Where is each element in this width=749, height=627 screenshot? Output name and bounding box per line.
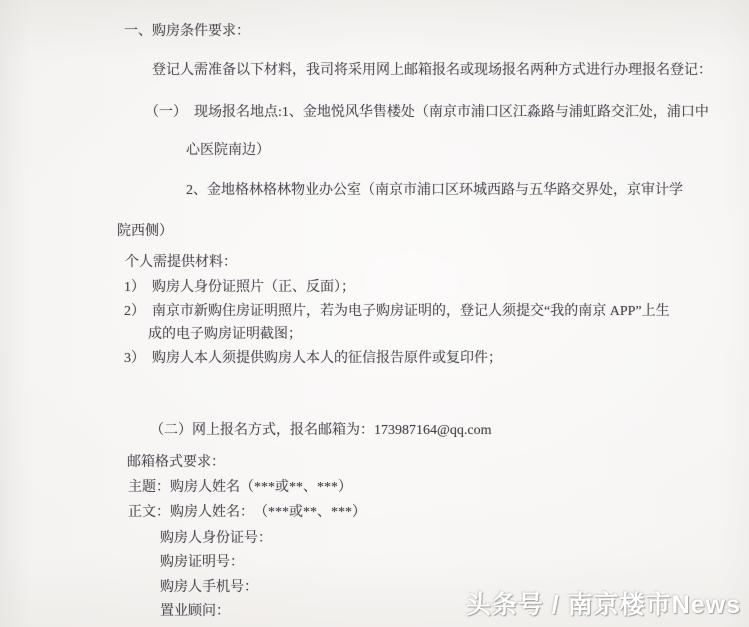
- line-online-method: （二）网上报名方式，报名邮箱为：173987164@qq.com: [150, 419, 492, 439]
- line-material-3: 3） 购房人本人须提供购房人本人的征信报告原件或复印件；: [124, 347, 502, 367]
- line-email-subject: 主题：购房人姓名（***或**、***）: [128, 476, 352, 496]
- line-material-2-cont: 成的电子购房证明截图；: [148, 323, 302, 343]
- scanned-document-page: 一、购房条件要求： 登记人需准备以下材料，我司将采用网上邮箱报名或现场报名两种方…: [0, 0, 749, 627]
- line-onsite-location-2-cont: 院西侧）: [117, 220, 173, 240]
- line-material-1: 1） 购房人身份证照片（正、反面）；: [124, 276, 355, 296]
- line-registration-intro: 登记人需准备以下材料，我司将采用网上邮箱报名或现场报名两种方式进行办理报名登记：: [152, 59, 712, 79]
- line-email-body-phone: 购房人手机号：: [160, 576, 258, 596]
- line-onsite-location-2: 2、金地格林格林物业办公室（南京市浦口区环城西路与五华路交界处，京审计学: [186, 179, 683, 199]
- line-email-body-consultant: 置业顾问：: [160, 600, 230, 620]
- line-material-2: 2） 南京市新购住房证明照片，若为电子购房证明的，登记人须提交“我的南京 APP…: [124, 300, 670, 320]
- line-personal-materials-heading: 个人需提供材料：: [125, 251, 237, 271]
- line-email-format-heading: 邮箱格式要求：: [127, 451, 225, 471]
- line-onsite-location-1: （一） 现场报名地点:1、金地悦风华售楼处（南京市浦口区江淼路与浦虹路交汇处，浦…: [145, 101, 709, 121]
- line-section1-heading: 一、购房条件要求：: [124, 20, 250, 40]
- line-onsite-location-1-cont: 心医院南边）: [186, 139, 270, 159]
- line-email-body-name: 正文：购房人姓名： （***或**、***）: [128, 501, 366, 521]
- line-email-body-id: 购房人身份证号：: [160, 527, 272, 547]
- line-email-body-cert: 购房证明号：: [160, 551, 244, 571]
- watermark-toutiao: 头条号 / 南京楼市News: [466, 585, 741, 621]
